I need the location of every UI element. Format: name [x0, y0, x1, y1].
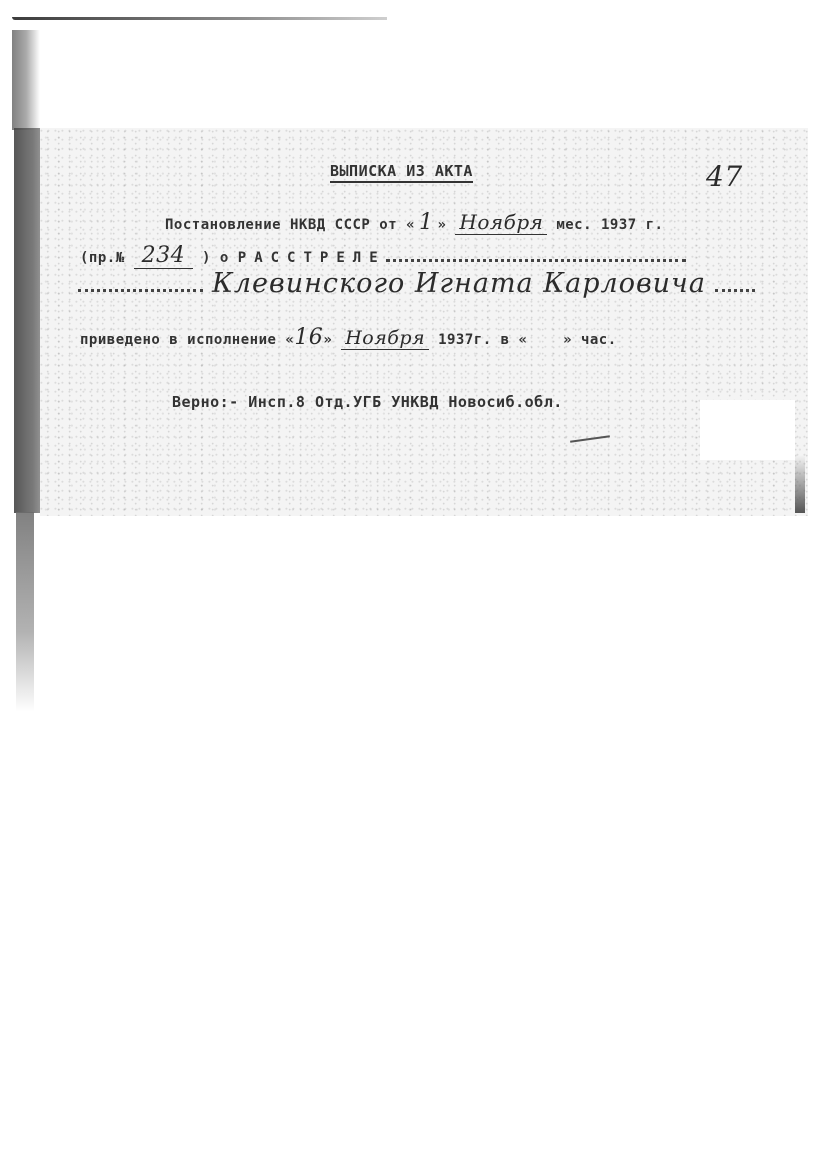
certification-line: Верно:- Инсп.8 Отд.УГБ УНКВД Новосиб.обл…	[172, 393, 563, 411]
resolution-month: Ноября	[455, 210, 547, 235]
protocol-line: (пр.№ 234 ) о РАССТРЕЛЕ	[80, 243, 686, 268]
card-blank-area	[700, 400, 795, 460]
scan-edge	[12, 17, 387, 20]
protocol-prefix: (пр.№	[80, 250, 125, 266]
resolution-suffix: мес. 1937 г.	[556, 217, 663, 233]
scan-shadow	[12, 30, 40, 130]
execution-time-suffix: час.	[581, 332, 617, 348]
person-line: Клевинского Игната Карловича	[78, 268, 755, 299]
folio-number: 47	[706, 160, 743, 193]
resolution-prefix: Постановление НКВД СССР от	[165, 217, 397, 233]
fill-dots	[78, 279, 203, 292]
document-title: ВЫПИСКА ИЗ АКТА	[330, 162, 473, 183]
card-corner	[795, 455, 805, 513]
execution-prefix: приведено в исполнение	[80, 332, 276, 348]
execution-line: приведено в исполнение «16» Ноября 1937г…	[80, 325, 617, 350]
sentence-type: РАССТРЕЛЕ	[238, 250, 386, 266]
resolution-day: 1	[419, 210, 434, 235]
person-name: Клевинского Игната Карловича	[212, 268, 706, 299]
fill-dots	[715, 279, 755, 292]
protocol-middle: ) о	[202, 250, 229, 266]
execution-month: Ноября	[341, 327, 429, 350]
fill-dots	[386, 249, 686, 262]
protocol-number: 234	[134, 243, 194, 269]
scanned-page: ВЫПИСКА ИЗ АКТА 47 Постановление НКВД СС…	[0, 0, 840, 1176]
archive-card	[40, 128, 808, 516]
scan-shadow	[16, 512, 34, 712]
execution-year: 1937г. в	[438, 332, 509, 348]
execution-day: 16	[294, 325, 323, 350]
resolution-line: Постановление НКВД СССР от «1» Ноября ме…	[165, 210, 663, 235]
